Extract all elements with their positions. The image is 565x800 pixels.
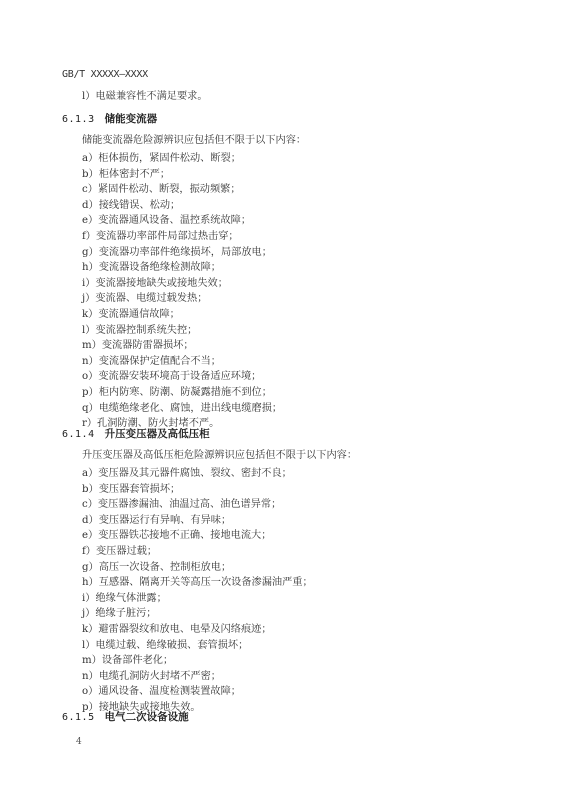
list-item: e）变流器通风设备、温控系统故障； — [82, 214, 251, 228]
list-item: j）变流器、电缆过载发热； — [82, 292, 207, 306]
list-item: n）电缆孔洞防火封堵不严密； — [82, 670, 221, 684]
list-item: j）绝缘子脏污； — [82, 607, 156, 621]
list-item: c）紧固件松动、断裂，振动频繁； — [82, 183, 241, 197]
section-title: 储能变流器 — [105, 113, 158, 125]
page-number: 4 — [76, 737, 82, 747]
section-number: 6.1.3 — [62, 114, 95, 125]
section-heading-6-1-4: 6.1.4升压变压器及高低压柜 — [62, 427, 210, 442]
list-item: p）接地缺失或接地失效。 — [82, 701, 201, 715]
section-number: 6.1.4 — [62, 429, 95, 440]
list-item: h）互感器、隔离开关等高压一次设备渗漏油严重； — [82, 576, 313, 590]
list-item: b）变压器套管损坏； — [82, 483, 180, 497]
list-item: i）变流器接地缺失或接地失效； — [82, 277, 228, 291]
list-item: l）电磁兼容性不满足要求。 — [82, 90, 208, 104]
section-title: 升压变压器及高低压柜 — [105, 428, 210, 440]
list-item: q）电缆绝缘老化、腐蚀，进出线电缆磨损； — [82, 402, 282, 416]
list-item: a）柜体损伤，紧固件松动、断裂； — [82, 152, 241, 166]
list-item: f）变压器过载； — [82, 545, 157, 559]
list-item: o）通风设备、温度检测装置故障； — [82, 685, 241, 699]
list-item: i）绝缘气体泄露； — [82, 592, 167, 606]
section-intro: 储能变流器危险源辨识应包括但不限于以下内容： — [82, 134, 306, 148]
list-item: m）设备部件老化； — [82, 654, 173, 668]
list-item: k）变流器通信故障； — [82, 308, 180, 322]
list-item: e）变压器铁芯接地不正确、接地电流大； — [82, 529, 271, 543]
list-item: d）接线错误、松动； — [82, 199, 180, 213]
list-item: f）变流器功率部件局部过热击穿； — [82, 230, 239, 244]
section-intro: 升压变压器及高低压柜危险源辨识应包括但不限于以下内容： — [82, 449, 357, 463]
list-item: p）柜内防寒、防潮、防凝露措施不到位； — [82, 386, 272, 400]
list-item: d）变压器运行有异响、有异味； — [82, 514, 231, 528]
section-heading-6-1-3: 6.1.3储能变流器 — [62, 112, 157, 127]
list-item: n）变流器保护定值配合不当； — [82, 355, 221, 369]
list-item: c）变压器渗漏油、油温过高、油色谱异常； — [82, 498, 281, 512]
list-item: a）变压器及其元器件腐蚀、裂纹、密封不良； — [82, 467, 292, 481]
list-item: m）变流器防雷器损坏； — [82, 339, 194, 353]
list-item: o）变流器安装环境高于设备适应环境； — [82, 370, 261, 384]
list-item: k）避雷器裂纹和放电、电晕及闪络痕迹； — [82, 623, 272, 637]
list-item: b）柜体密封不严； — [82, 168, 170, 182]
list-item: l）电缆过载、绝缘破损、套管损坏； — [82, 639, 248, 653]
list-item: g）高压一次设备、控制柜放电； — [82, 561, 231, 575]
document-id-header: GB/T XXXXX—XXXX — [62, 69, 148, 80]
list-item: g）变流器功率部件绝缘损坏，局部放电； — [82, 246, 272, 260]
list-item: l）变流器控制系统失控； — [82, 324, 197, 338]
document-page: GB/T XXXXX—XXXX l）电磁兼容性不满足要求。 6.1.3储能变流器… — [0, 0, 565, 800]
list-item: h）变流器设备绝缘检测故障； — [82, 261, 221, 275]
